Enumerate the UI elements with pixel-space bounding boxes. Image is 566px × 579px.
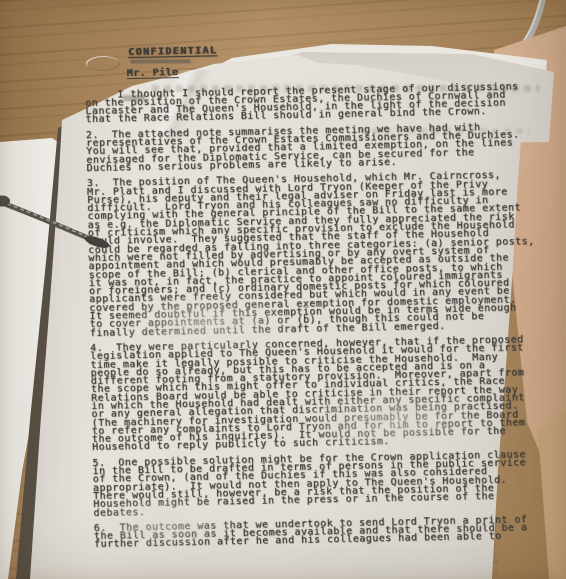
photo-of-archived-document: CONFIDENTIAL Mr. Pile I thought I should… xyxy=(0,0,566,579)
treasury-tag-wire xyxy=(0,0,566,579)
